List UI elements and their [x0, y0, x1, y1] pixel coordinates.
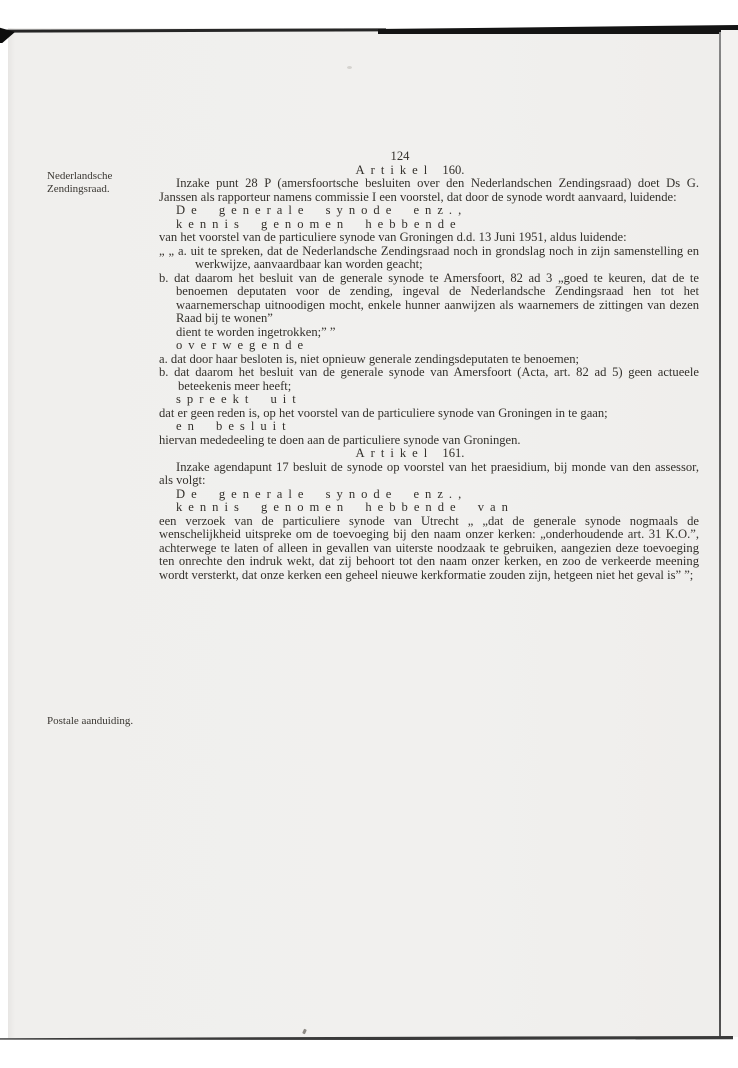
spaced-line-overwegende: overwegende	[159, 339, 699, 353]
text-column: 124 Artikel 160. Inzake punt 28 P (amers…	[159, 150, 699, 582]
overwegende-item-a-text: dat door haar besloten is, niet opnieuw …	[171, 352, 579, 366]
margin-note-zendingsraad: Nederlandsche Zendingsraad.	[47, 170, 159, 195]
quoted-list-item-b-text2: dient te worden ingetrokken;” ”	[176, 325, 335, 339]
spaced-line-kennis-160: kennis genomen hebbende	[159, 218, 699, 232]
spaced-line-kennis-161: kennis genomen hebbende van	[159, 501, 699, 515]
quoted-list-item-b-text: dat daarom het besluit van de generale s…	[174, 271, 699, 326]
page-top-edge-thick	[378, 25, 738, 34]
book-spine-strip	[721, 30, 738, 1037]
article-161-intro: Inzake agendapunt 17 besluit de synode o…	[159, 461, 699, 488]
article-161-heading-word: Artikel	[356, 446, 434, 460]
overwegende-item-a: a. dat door haar besloten is, niet opnie…	[159, 353, 699, 367]
quoted-list-item-a-text: uit te spreken, dat de Nederlandsche Zen…	[191, 244, 699, 272]
spaced-line-en-besluit: en besluit	[159, 420, 699, 434]
article-160-heading-number: 160.	[442, 163, 464, 177]
spaced-line-synode-161: De generale synode enz.,	[159, 488, 699, 502]
quoted-list-item-b: b. dat daarom het besluit van de general…	[159, 272, 699, 340]
margin-note-postale: Postale aanduiding.	[47, 715, 159, 728]
article-161-heading-number: 161.	[442, 446, 464, 460]
article-161-heading: Artikel 161.	[159, 447, 699, 461]
quoted-list-item-a-prefix: „ „ a.	[159, 244, 187, 258]
besluit-paragraph: hiervan mededeeling te doen aan de parti…	[159, 434, 699, 448]
article-160-heading: Artikel 160.	[159, 164, 699, 178]
scan-speck-faint	[347, 66, 352, 69]
groningen-paragraph: van het voorstel van de particuliere syn…	[159, 231, 699, 245]
book-page: Nederlandsche Zendingsraad. Postale aand…	[8, 28, 722, 1038]
spaced-line-synode-160: De generale synode enz.,	[159, 204, 699, 218]
overwegende-item-b: b. dat daarom het besluit van de general…	[159, 366, 699, 393]
overwegende-item-a-prefix: a.	[159, 352, 168, 366]
article-160-intro: Inzake punt 28 P (amersfoortsche besluit…	[159, 177, 699, 204]
page-right-edge-line	[719, 32, 721, 1037]
overwegende-item-b-prefix: b.	[159, 365, 168, 379]
spreekt-uit-paragraph: dat er geen reden is, op het voorstel va…	[159, 407, 699, 421]
scan-speck	[302, 1029, 307, 1035]
article-160-heading-word: Artikel	[356, 163, 434, 177]
utrecht-paragraph: een verzoek van de particuliere synode v…	[159, 515, 699, 583]
quoted-list-item-a: „ „ a. uit te spreken, dat de Nederlands…	[159, 245, 699, 272]
spaced-line-spreekt-uit: spreekt uit	[159, 393, 699, 407]
page-number: 124	[159, 150, 699, 164]
overwegende-item-b-text: dat daarom het besluit van de generale s…	[174, 365, 699, 393]
quoted-list-item-b-prefix: b.	[159, 271, 168, 285]
